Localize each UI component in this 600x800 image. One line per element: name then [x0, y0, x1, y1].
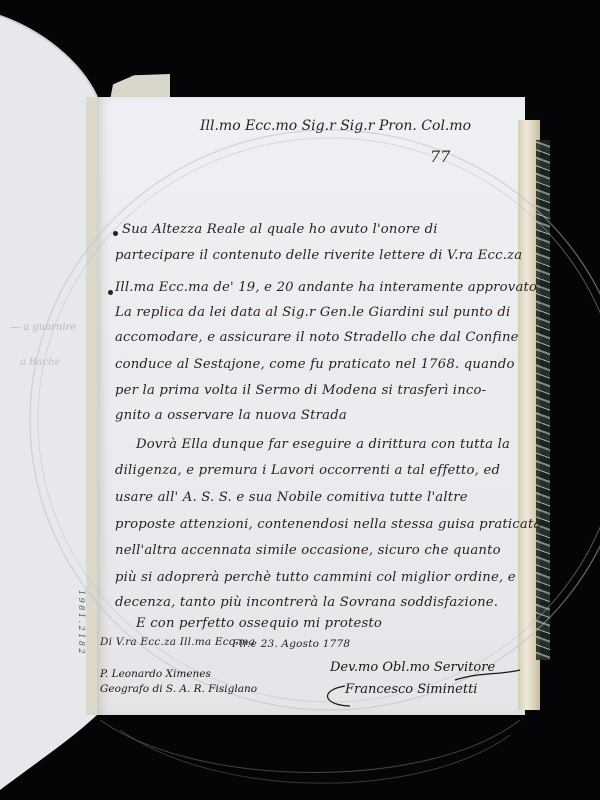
folio-number: 77 — [430, 147, 450, 166]
body-line: Sua Altezza Reale al quale ho avuto l'on… — [122, 222, 438, 237]
body-line: usare all' A. S. S. e sua Nobile comitiv… — [115, 490, 468, 505]
bullet-mark — [113, 231, 118, 236]
marbled-edge — [536, 140, 550, 660]
signatory: Francesco Siminetti — [345, 682, 477, 697]
salutation: Ill.mo Ecc.mo Sig.r Sig.r Pron. Col.mo — [200, 118, 471, 134]
signature-formula: Dev.mo Obl.mo Servitore — [330, 660, 495, 675]
body-line: conduce al Sestajone, come fu praticato … — [115, 357, 515, 372]
recipient-name: P. Leonardo Ximenes — [100, 668, 211, 680]
body-line: diligenza, e premura i Lavori occorrenti… — [115, 463, 500, 478]
spine-note: 1 9 8 1 . 2 1 8 2 — [78, 590, 86, 654]
body-line: proposte attenzioni, contenendosi nella … — [115, 517, 542, 532]
body-line: Ill.ma Ecc.ma de' 19, e 20 andante ha in… — [115, 280, 537, 295]
body-line: Dovrà Ella dunque far eseguire a dirittu… — [136, 437, 510, 452]
body-line: più si adoprerà perchè tutto cammini col… — [115, 570, 516, 585]
recipient-title: Geografo di S. A. R. Fisiglano — [100, 683, 257, 695]
body-line: partecipare il contenuto delle riverite … — [115, 248, 522, 263]
body-line: nell'altra accennata simile occasione, s… — [115, 543, 501, 558]
bullet-mark — [108, 290, 113, 295]
body-line: La replica da lei data al Sig.r Gen.le G… — [115, 305, 510, 320]
body-line: per la prima volta il Sermo di Modena si… — [115, 383, 486, 398]
svg-text:— a guarnire: — a guarnire — [10, 322, 76, 333]
body-line: gnito a osservare la nuova Strada — [115, 408, 347, 423]
body-line: decenza, tanto più incontrerà la Sovrana… — [115, 595, 498, 610]
place-date: Fir.e 23. Agosto 1778 — [232, 638, 350, 650]
body-line: accomodare, e assicurare il noto Stradel… — [115, 330, 519, 345]
svg-text:a Bache: a Bache — [20, 357, 60, 368]
closing-line: E con perfetto ossequio mi protesto — [136, 616, 382, 631]
